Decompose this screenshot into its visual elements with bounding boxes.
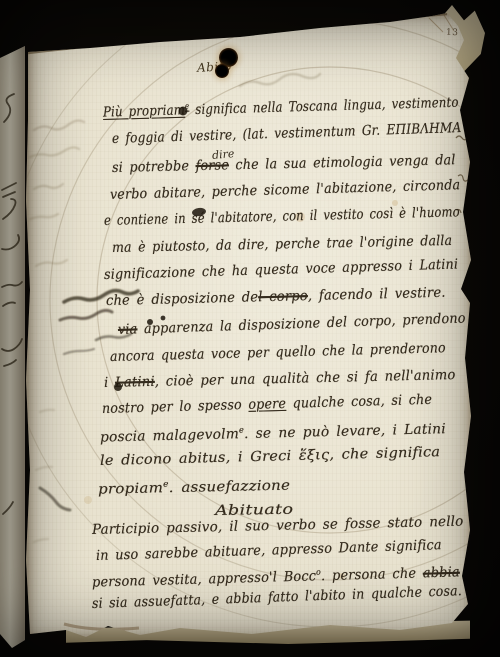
interlinear-insertion: dire <box>211 147 234 162</box>
foxing-stain <box>84 200 398 579</box>
manuscript-photo: Più propriame significa nella Toscana li… <box>0 0 500 657</box>
previous-page-ink-marks <box>0 44 25 648</box>
top-edge-shadow <box>28 14 447 53</box>
bottom-tear-shading <box>64 624 139 629</box>
page-decor <box>24 10 474 642</box>
burn-hole-small <box>215 64 229 78</box>
right-edge-ink-curls <box>456 136 468 213</box>
blind-stamp-circles <box>24 10 474 627</box>
underlying-page-edge <box>0 44 25 648</box>
manuscript-page <box>24 10 474 642</box>
folio-number: 13 <box>446 28 459 38</box>
